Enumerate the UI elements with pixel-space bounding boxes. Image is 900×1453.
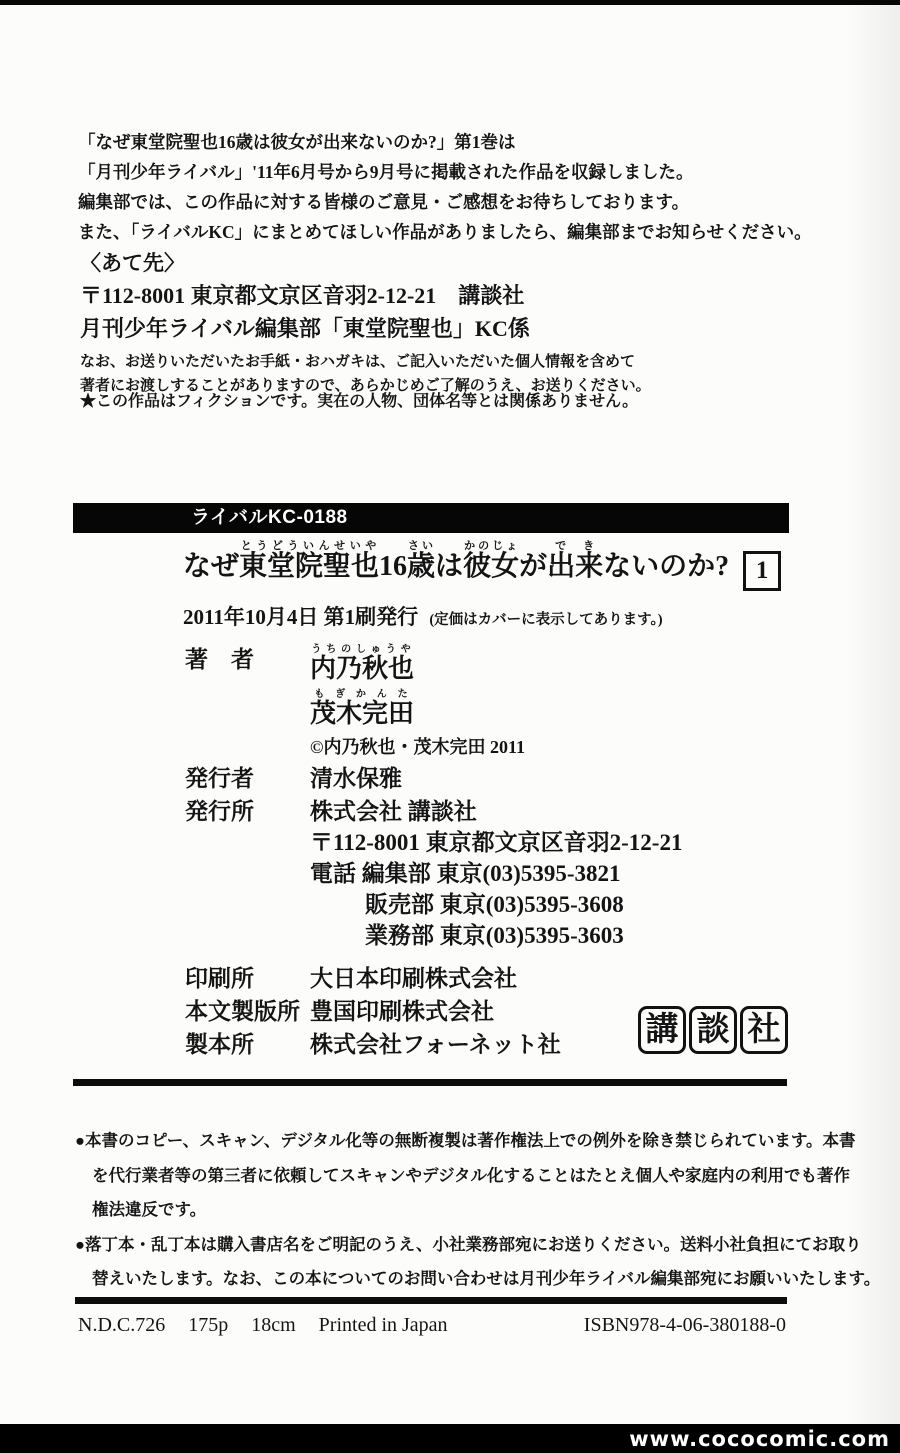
colophon-value-line: 清水保雅	[310, 763, 770, 794]
colophon-value-line: 〒112-8001 東京都文京区音羽2-12-21	[310, 827, 770, 858]
page-count: 175p	[188, 1314, 228, 1336]
top-border-rule	[0, 0, 900, 5]
divider-rule-top	[73, 1079, 787, 1086]
footer-info-line: N.D.C.726 175p 18cm Printed in Japan ISB…	[78, 1314, 786, 1337]
colophon-row: 発行者清水保雅	[185, 763, 770, 794]
address-line: 月刊少年ライバル編集部「東堂院聖也」KC係	[80, 312, 651, 345]
colophon-label: 発行所	[185, 796, 310, 951]
volume-number-box: 1	[743, 551, 781, 591]
legal-line: ●落丁本・乱丁本は購入書店名をご明記のうえ、小社業務部宛にお送りください。送料小…	[75, 1228, 815, 1263]
intro-line: 編集部では、この作品に対する皆様のご意見・ご感想をお待ちしております。	[78, 187, 812, 217]
series-code-label: ライバルKC-0188	[191, 507, 348, 528]
kodansha-logo-char: 談	[689, 1006, 737, 1054]
colophon-value: 清水保雅	[310, 763, 770, 794]
address-section: 〈あて先〉 〒112-8001 東京都文京区音羽2-12-21 講談社月刊少年ラ…	[80, 247, 651, 398]
bottom-border-bar: www.cococomic.com	[0, 1424, 900, 1453]
watermark-text: www.cococomic.com	[629, 1427, 900, 1451]
colophon-label: 印刷所	[185, 963, 310, 994]
price-note: (定価はカバーに表示してあります。)	[429, 612, 662, 628]
colophon-value: 株式会社 講談社〒112-8001 東京都文京区音羽2-12-21電話 編集部 …	[310, 796, 770, 951]
colophon-row: 印刷所大日本印刷株式会社	[185, 963, 770, 994]
title-ruby-segment: 東堂院聖也とうどういんせいや	[239, 551, 379, 582]
address-lines: 〒112-8001 東京都文京区音羽2-12-21 講談社月刊少年ライバル編集部…	[80, 279, 651, 345]
colophon-label: 著 者	[185, 644, 310, 761]
book-title: なぜ東堂院聖也とうどういんせいや16歳さいは彼女かのじょが出来できないのか?1	[183, 540, 823, 591]
intro-paragraph: 「なぜ東堂院聖也16歳は彼女が出来ないのか?」第1巻は「月刊少年ライバル」'11…	[78, 127, 812, 247]
kodansha-logo: 講談社	[638, 1006, 788, 1054]
title-ruby-segment: 出来でき	[547, 551, 603, 582]
colophon-value-line: 電話 編集部 東京(03)5395-3821	[310, 858, 770, 889]
kodansha-logo-char: 社	[740, 1006, 788, 1054]
kodansha-logo-char: 講	[638, 1006, 686, 1054]
colophon-page: 「なぜ東堂院聖也16歳は彼女が出来ないのか?」第1巻は「月刊少年ライバル」'11…	[0, 0, 900, 1453]
divider-rule-bottom	[75, 1297, 787, 1304]
fiction-disclaimer: ★この作品はフィクションです。実在の人物、団体名等とは関係ありません。	[80, 388, 638, 411]
colophon-label: 製本所	[185, 1029, 310, 1060]
title-block: なぜ東堂院聖也とうどういんせいや16歳さいは彼女かのじょが出来できないのか?1 …	[183, 540, 823, 631]
address-heading: 〈あて先〉	[80, 247, 651, 279]
book-title-text: なぜ東堂院聖也とうどういんせいや16歳さいは彼女かのじょが出来できないのか?	[183, 551, 729, 582]
printed-in: Printed in Japan	[319, 1314, 448, 1336]
colophon-label: 発行者	[185, 763, 310, 794]
series-code-bar: ライバルKC-0188	[73, 503, 789, 533]
footer-left: N.D.C.726 175p 18cm Printed in Japan	[78, 1314, 448, 1337]
isbn-code: ISBN978-4-06-380188-0	[584, 1314, 786, 1337]
colophon-row: 発行所株式会社 講談社〒112-8001 東京都文京区音羽2-12-21電話 編…	[185, 796, 770, 951]
ndc-code: N.D.C.726	[78, 1314, 165, 1336]
legal-line: ●本書のコピー、スキャン、デジタル化等の無断複製は著作権法上での例外を除き禁じら…	[75, 1124, 815, 1159]
title-ruby-segment: 彼女かのじょ	[463, 551, 519, 582]
colophon-table: 著 者内乃秋也うちのしゅうや茂木完田もぎかんた©内乃秋也・茂木完田 2011発行…	[185, 642, 770, 1060]
address-note-line: なお、お送りいただいたお手紙・おハガキは、ご記入いただいた個人情報を含めて	[80, 350, 651, 374]
colophon-value-line: 内乃秋也うちのしゅうや	[310, 644, 770, 685]
legal-line: 権法違反です。	[75, 1193, 815, 1228]
colophon-value: 大日本印刷株式会社	[310, 963, 770, 994]
colophon-value-line: 茂木完田もぎかんた	[310, 689, 770, 730]
address-line: 〒112-8001 東京都文京区音羽2-12-21 講談社	[80, 279, 651, 312]
legal-line: を代行業者等の第三者に依頼してスキャンやデジタル化することはたとえ個人や家庭内の…	[75, 1159, 815, 1194]
colophon-value: 内乃秋也うちのしゅうや茂木完田もぎかんた©内乃秋也・茂木完田 2011	[310, 644, 770, 761]
colophon-row: 著 者内乃秋也うちのしゅうや茂木完田もぎかんた©内乃秋也・茂木完田 2011	[185, 644, 770, 761]
legal-line: 替えいたします。なお、この本についてのお問い合わせは月刊少年ライバル編集部宛にお…	[75, 1262, 815, 1297]
intro-line: また、「ライバルKC」にまとめてほしい作品がありましたら、編集部までお知らせくだ…	[78, 217, 812, 247]
intro-line: 「なぜ東堂院聖也16歳は彼女が出来ないのか?」第1巻は	[78, 127, 812, 157]
print-date: 2011年10月4日 第1刷発行	[183, 605, 418, 629]
colophon-value-line: 業務部 東京(03)5395-3603	[310, 920, 770, 951]
colophon-value-line: 販売部 東京(03)5395-3608	[310, 889, 770, 920]
print-date-line: 2011年10月4日 第1刷発行 (定価はカバーに表示してあります。)	[183, 601, 823, 631]
colophon-value-line: 大日本印刷株式会社	[310, 963, 770, 994]
colophon-value-line: 株式会社 講談社	[310, 796, 770, 827]
intro-line: 「月刊少年ライバル」'11年6月号から9月号に掲載された作品を収録しました。	[78, 157, 812, 187]
book-size: 18cm	[251, 1314, 295, 1336]
title-ruby-segment: 歳さい	[407, 551, 435, 582]
colophon-label: 本文製版所	[185, 996, 310, 1027]
colophon-value-line: ©内乃秋也・茂木完田 2011	[310, 733, 770, 761]
legal-notices: ●本書のコピー、スキャン、デジタル化等の無断複製は著作権法上での例外を除き禁じら…	[75, 1124, 815, 1297]
